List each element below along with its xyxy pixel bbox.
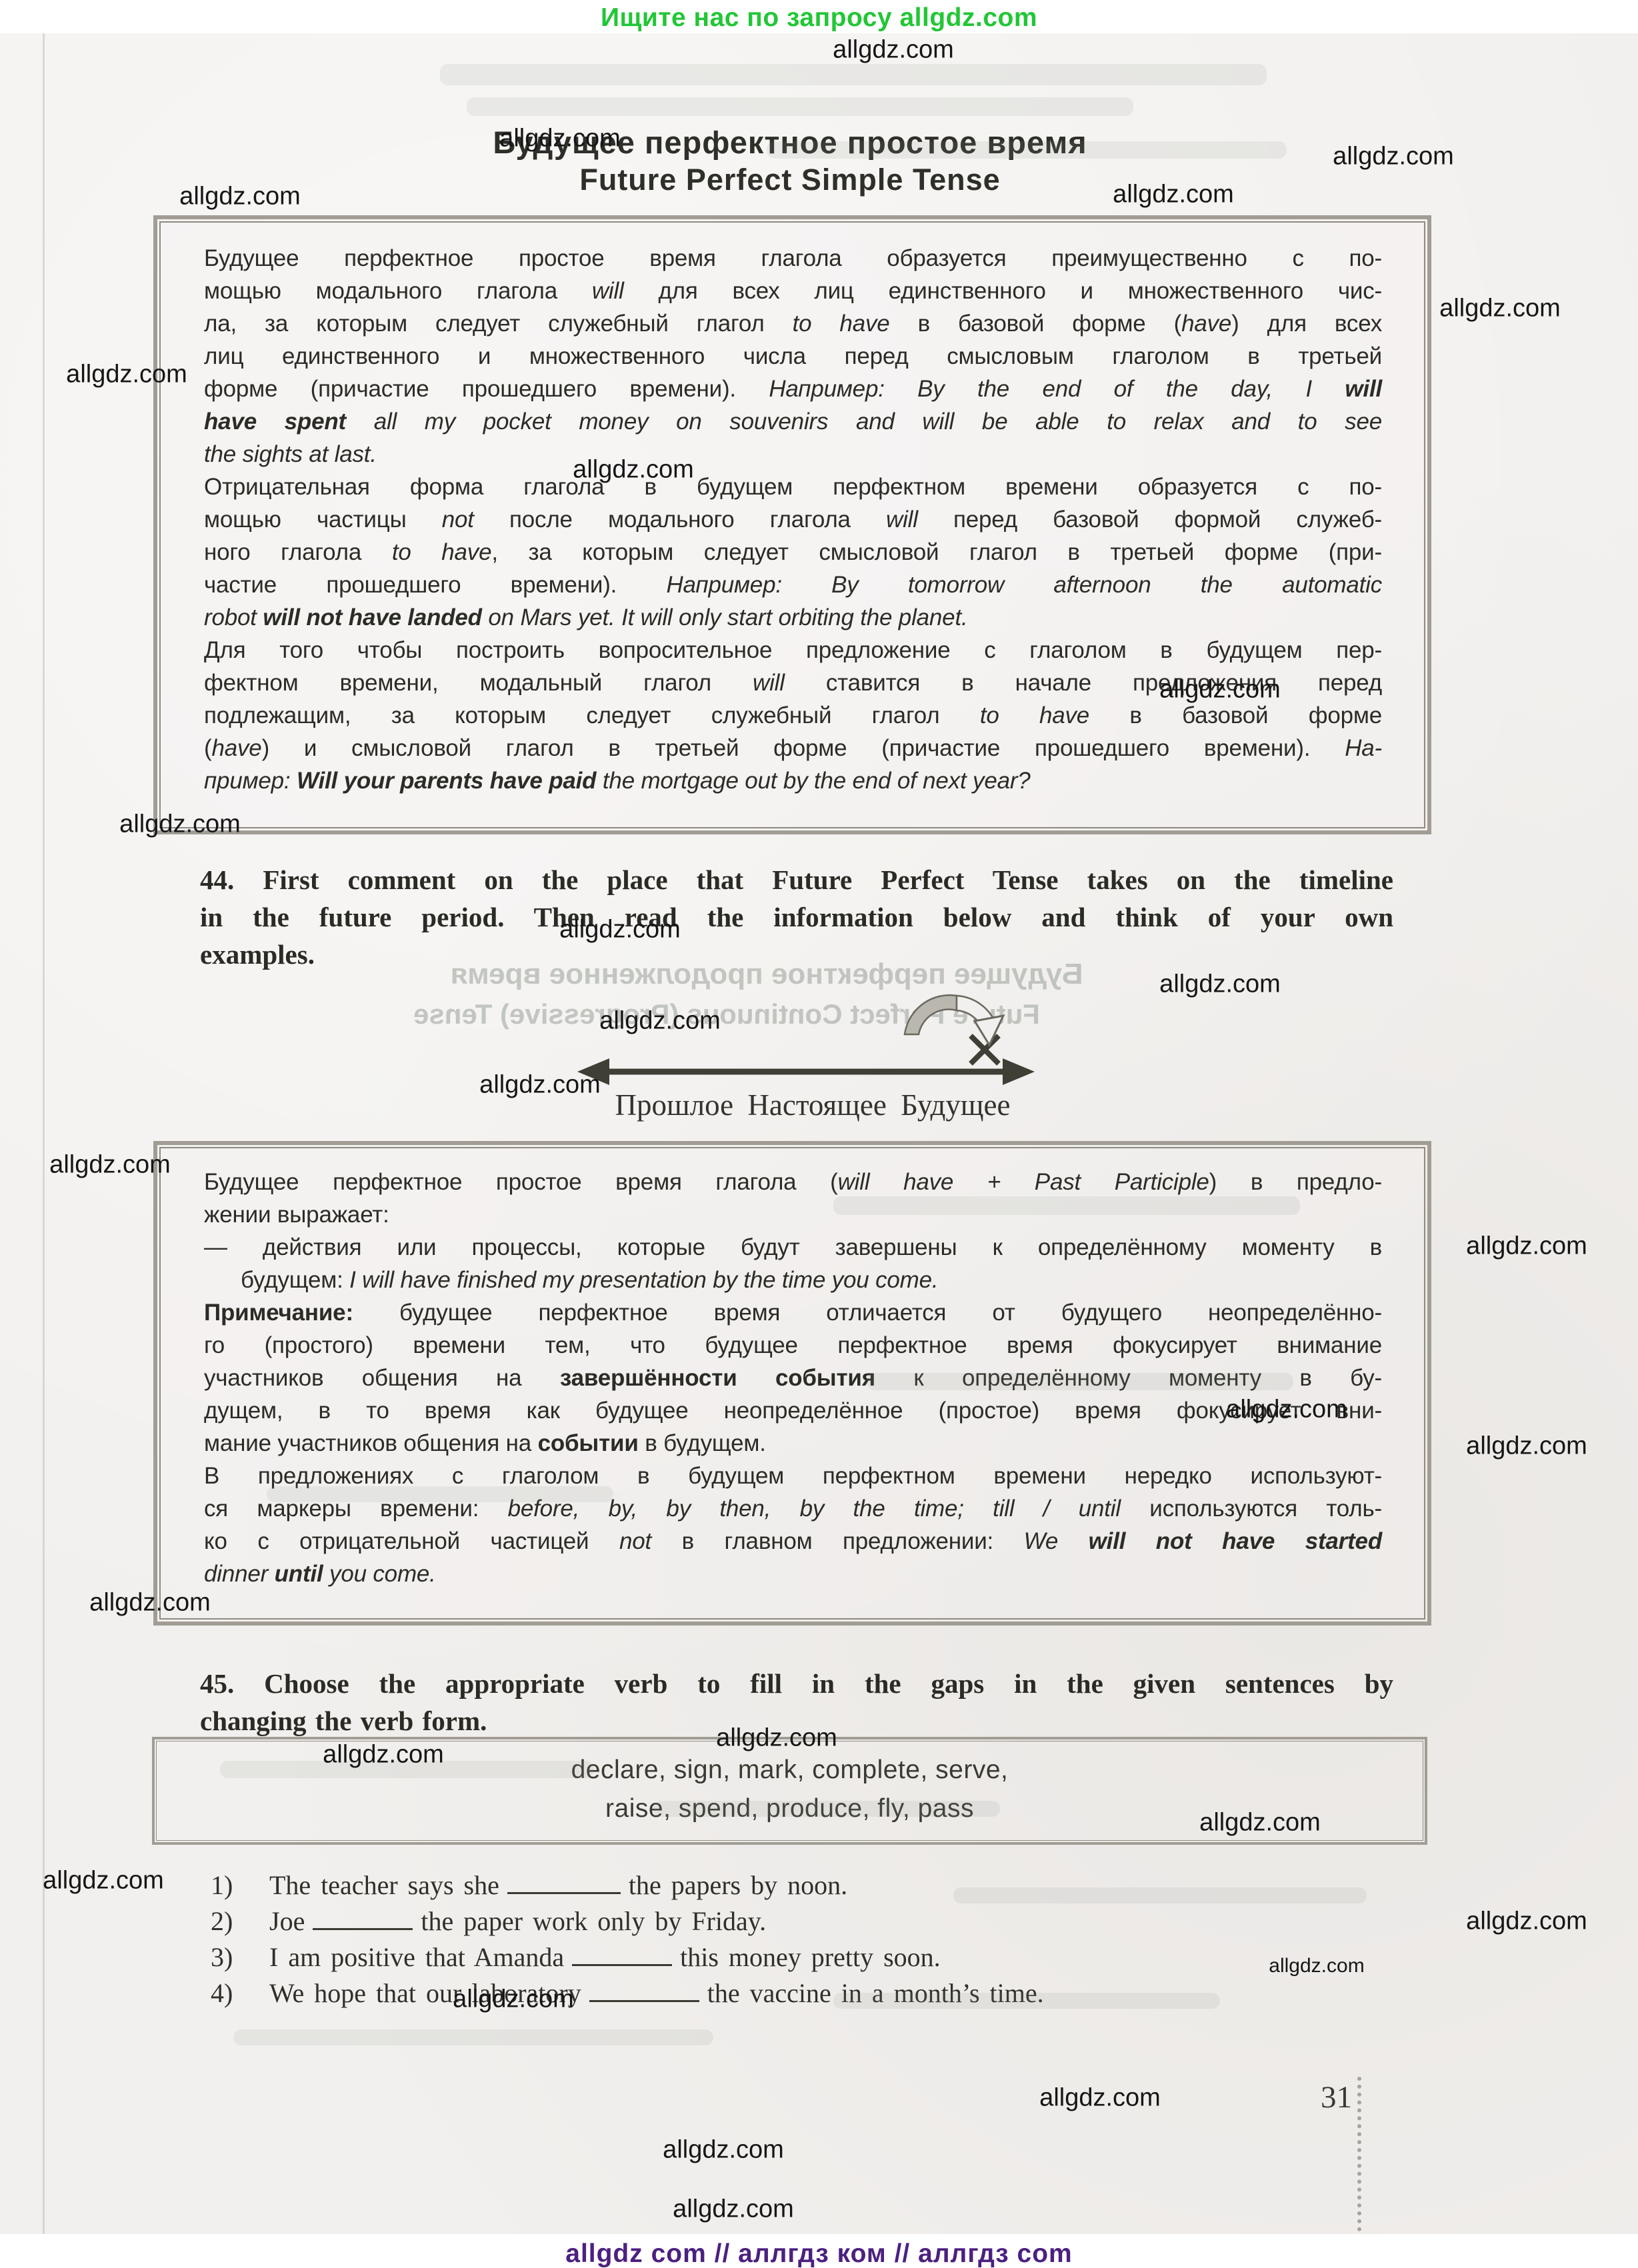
grammar-box-future-perfect-rules: Будущее перфектное простое время глагола… [153,215,1431,834]
sentence-text-after-gap: this money pretty soon. [680,1942,941,1972]
watermark-text: allgdz.com [663,2136,784,2165]
sentence-text-after-gap: the paper work only by Friday. [421,1906,766,1936]
page-crease-line [43,33,45,2236]
watermark-text: allgdz.com [1466,1907,1587,1936]
timeline-right-arrowhead [1003,1058,1035,1085]
watermark-text: allgdz.com [559,916,681,944]
watermark-text: allgdz.com [1466,1232,1587,1261]
page-number: 31 [1293,2079,1352,2115]
watermark-text: allgdz.com [1226,1396,1347,1424]
watermark-text: allgdz.com [1039,2084,1161,2113]
bleed-through-bar [467,97,1133,116]
answer-gap [507,1885,621,1894]
text-line: Будущее перфектное простое время глагола… [204,1166,1382,1198]
promo-banner: Ищите нас по запросу allgdz.com [0,3,1638,33]
watermark-text: allgdz.com [599,1007,721,1036]
watermark-text: allgdz.com [833,36,954,65]
sentence-number: 1) [211,1867,269,1903]
text-line: Будущее перфектное простое время глагола… [204,242,1382,275]
text-line: 44. First comment on the place that Futu… [200,861,1393,898]
text-line: Отрицательная форма глагола в будущем пе… [204,471,1382,503]
text-line: ла, за которым следует служебный глагол … [204,307,1382,340]
watermark-text: allgdz.com [89,1589,211,1618]
text-line: (have) и смысловой глагол в третьей форм… [204,732,1382,764]
sentence-row: 2)Joethe paper work only by Friday. [211,1903,1477,1939]
grammar-box-1-text: Будущее перфектное простое время глагола… [157,219,1427,830]
scanned-textbook-page: Ищите нас по запросу allgdz.com Будущее … [0,0,1638,2268]
text-line: мощью частицы not после модального глаго… [204,503,1382,536]
text-line: лиц единственного и множественного числа… [204,340,1382,373]
text-line: будущем: I will have finished my present… [204,1264,1382,1296]
watermark-text: allgdz.com [573,456,694,485]
bleed-through-bar [867,1373,1293,1390]
text-line: ного глагола to have, за которым следует… [204,536,1382,568]
text-line: го (простого) времени тем, что будущее п… [204,1329,1382,1362]
footer-site-links: allgdz com // аллгдз ком // аллгдз com [0,2239,1638,2268]
watermark-text: allgdz.com [479,1071,601,1100]
watermark-text: allgdz.com [1113,181,1234,209]
text-line: пример: Will your parents have paid the … [204,764,1382,797]
bleed-through-bar [233,2029,713,2045]
jump-arc-filled-half [905,995,957,1034]
watermark-text: allgdz.com [119,810,241,839]
watermark-text: allgdz.com [43,1867,164,1895]
bleed-through-bar [440,64,1267,85]
bleed-through-bar [767,141,1287,159]
text-line: дущем, в то время как будущее неопределё… [204,1394,1382,1427]
watermark-text: allgdz.com [1269,1955,1364,1977]
sentence-text-before-gap: Joe [269,1906,305,1936]
answer-gap [589,1993,699,2002]
timeline-labels-past-present-future: Прошлое Настоящее Будущее [579,1088,1046,1122]
text-line: Примечание: будущее перфектное время отл… [204,1296,1382,1329]
watermark-text: allgdz.com [49,1151,171,1180]
text-line: the sights at last. [204,438,1382,471]
watermark-text: allgdz.com [453,1985,574,2014]
text-line: мощью модального глагола will для всех л… [204,275,1382,307]
watermark-text: allgdz.com [716,1724,837,1753]
sentence-text-before-gap: I am positive that Amanda [269,1942,564,1972]
sentence-number: 2) [211,1903,269,1939]
bleed-through-bar [833,1196,1300,1215]
watermark-text: allgdz.com [66,361,187,389]
watermark-text: allgdz.com [1439,295,1561,323]
watermark-text: allgdz.com [1159,970,1281,999]
watermark-text: allgdz.com [1466,1432,1587,1461]
bleed-through-bar [953,1887,1367,1903]
text-line: ко с отрицательной частицей not в главно… [204,1525,1382,1558]
sentence-text-before-gap: The teacher says she [269,1870,499,1900]
text-line: Для того чтобы построить вопросительное … [204,634,1382,666]
text-line: мание участников общения на событии в бу… [204,1427,1382,1460]
watermark-text: allgdz.com [1333,143,1454,171]
text-line: dinner until you come. [204,1558,1382,1590]
sentence-number: 4) [211,1975,269,2011]
answer-gap [572,1957,672,1966]
watermark-text: allgdz.com [499,125,621,153]
watermark-text: allgdz.com [1199,1809,1321,1837]
watermark-text: allgdz.com [1159,676,1281,704]
bleed-through-bar [653,1801,1000,1817]
text-line: have spent all my pocket money on souven… [204,405,1382,438]
exercise-44-instruction: 44. First comment on the place that Futu… [200,861,1393,973]
sentence-text-after-gap: the papers by noon. [629,1870,847,1900]
bleed-through-bar [833,1993,1220,2009]
bleed-through-bar [267,1486,613,1502]
text-line: частие прошедшего времени). Например: By… [204,568,1382,601]
text-line: форме (причастие прошедшего времени). На… [204,373,1382,405]
page-number-divider [1357,2077,1361,2231]
answer-gap [313,1921,413,1930]
watermark-text: allgdz.com [323,1741,444,1769]
text-line: 45. Choose the appropriate verb to fill … [200,1665,1393,1702]
text-line: robot will not have landed on Mars yet. … [204,601,1382,634]
text-line: — действия или процессы, которые будут з… [204,1231,1382,1264]
sentence-number: 3) [211,1939,269,1975]
text-line: in the future period. Then read the info… [200,898,1393,936]
watermark-text: allgdz.com [673,2195,794,2224]
watermark-text: allgdz.com [179,183,301,211]
